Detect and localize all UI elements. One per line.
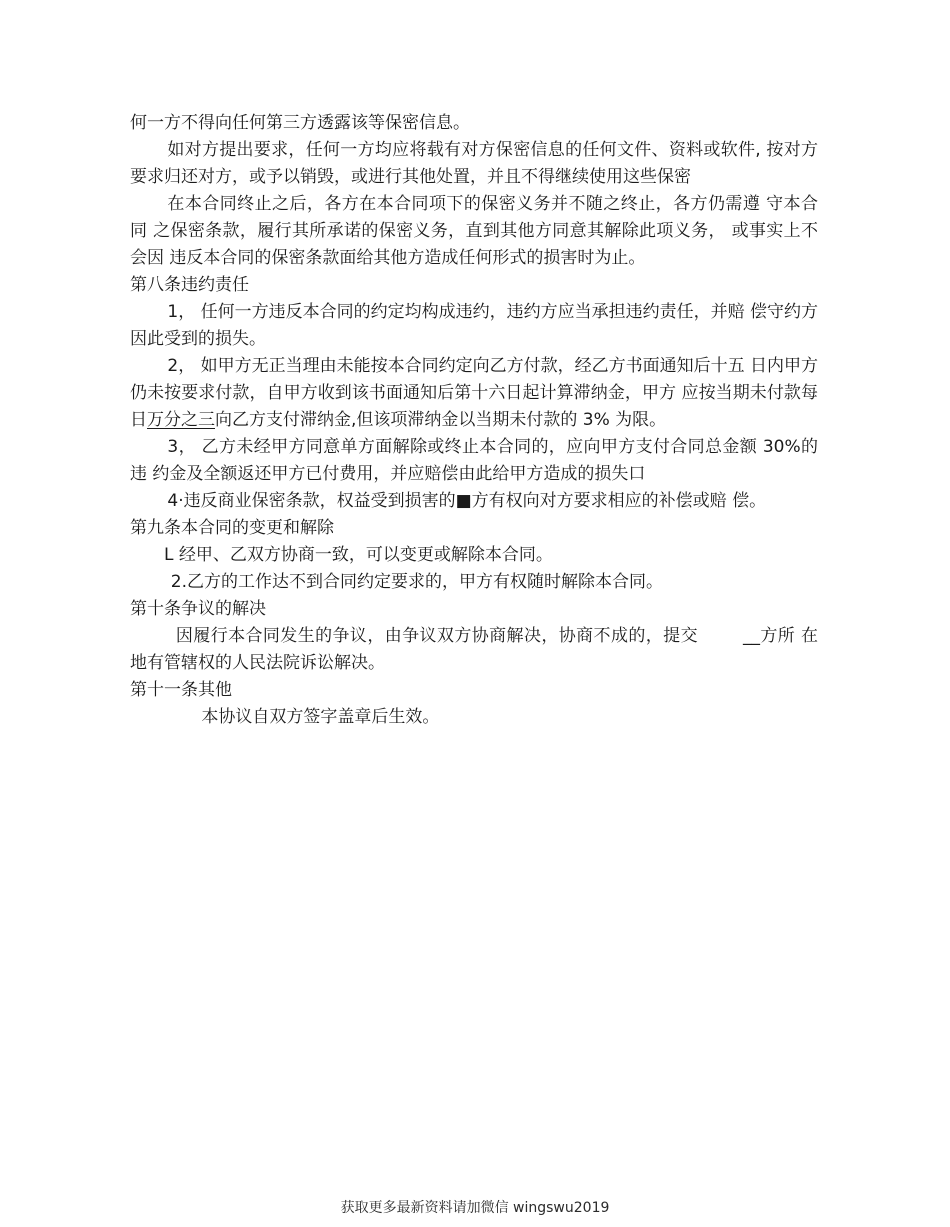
clause-8-4: 4·违反商业保密条款，权益受到损害的■方有权向对方要求相应的补偿或赔 偿。 <box>130 488 818 515</box>
paragraph-survival-clause: 在本合同终止之后，各方在本合同项下的保密义务并不随之终止，各方仍需遵 守本合同 … <box>130 191 818 272</box>
clause-8-2: 2， 如甲方无正当理由未能按本合同约定向乙方付款，经乙方书面通知后十五 日内甲方… <box>130 353 818 434</box>
heading-article-8-breach-liability: 第八条违约责任 <box>130 272 818 299</box>
clause-8-3: 3， 乙方未经甲方同意单方面解除或终止本合同的，应向甲方支付合同总金额 30%的… <box>130 434 818 488</box>
paragraph-return-materials: 如对方提出要求，任何一方均应将载有对方保密信息的任何文件、资料或软件, 按对方 … <box>130 137 818 191</box>
clause-8-2-underlined-rate: 万分之三 <box>147 410 215 430</box>
clause-8-2-text-after-underline: 向乙方支付滞纳金,但该项滞纳金以当期未付款的 3% 为限。 <box>215 410 666 430</box>
clause-8-1: 1， 任何一方违反本合同的约定均构成违约，违约方应当承担违约责任，并赔 偿守约方… <box>130 299 818 353</box>
clause-10-body: 因履行本合同发生的争议，由争议双方协商解决，协商不成的，提交__方所 在地有管辖… <box>130 623 818 677</box>
paragraph-confidentiality-fragment: 何一方不得向任何第三方透露该等保密信息。 <box>130 110 818 137</box>
heading-article-10-dispute-resolution: 第十条争议的解决 <box>130 596 818 623</box>
fill-in-blank-underscores: __ <box>743 626 760 646</box>
heading-article-9-modification-termination: 第九条本合同的变更和解除 <box>130 515 818 542</box>
clause-9-2: 2.乙方的工作达不到合同约定要求的，甲方有权随时解除本合同。 <box>130 569 818 596</box>
footer-watermark-text: 获取更多最新资料请加微信 wingswu2019 <box>0 1199 950 1217</box>
clause-9-1: L 经甲、乙双方协商一致，可以变更或解除本合同。 <box>130 542 818 569</box>
clause-11-effectiveness: 本协议自双方签字盖章后生效。 <box>130 704 818 731</box>
clause-10-text-before-blank: 因履行本合同发生的争议，由争议双方协商解决，协商不成的，提交 <box>176 626 698 646</box>
document-page: 何一方不得向任何第三方透露该等保密信息。 如对方提出要求，任何一方均应将载有对方… <box>0 0 950 731</box>
heading-article-11-other: 第十一条其他 <box>130 677 818 704</box>
